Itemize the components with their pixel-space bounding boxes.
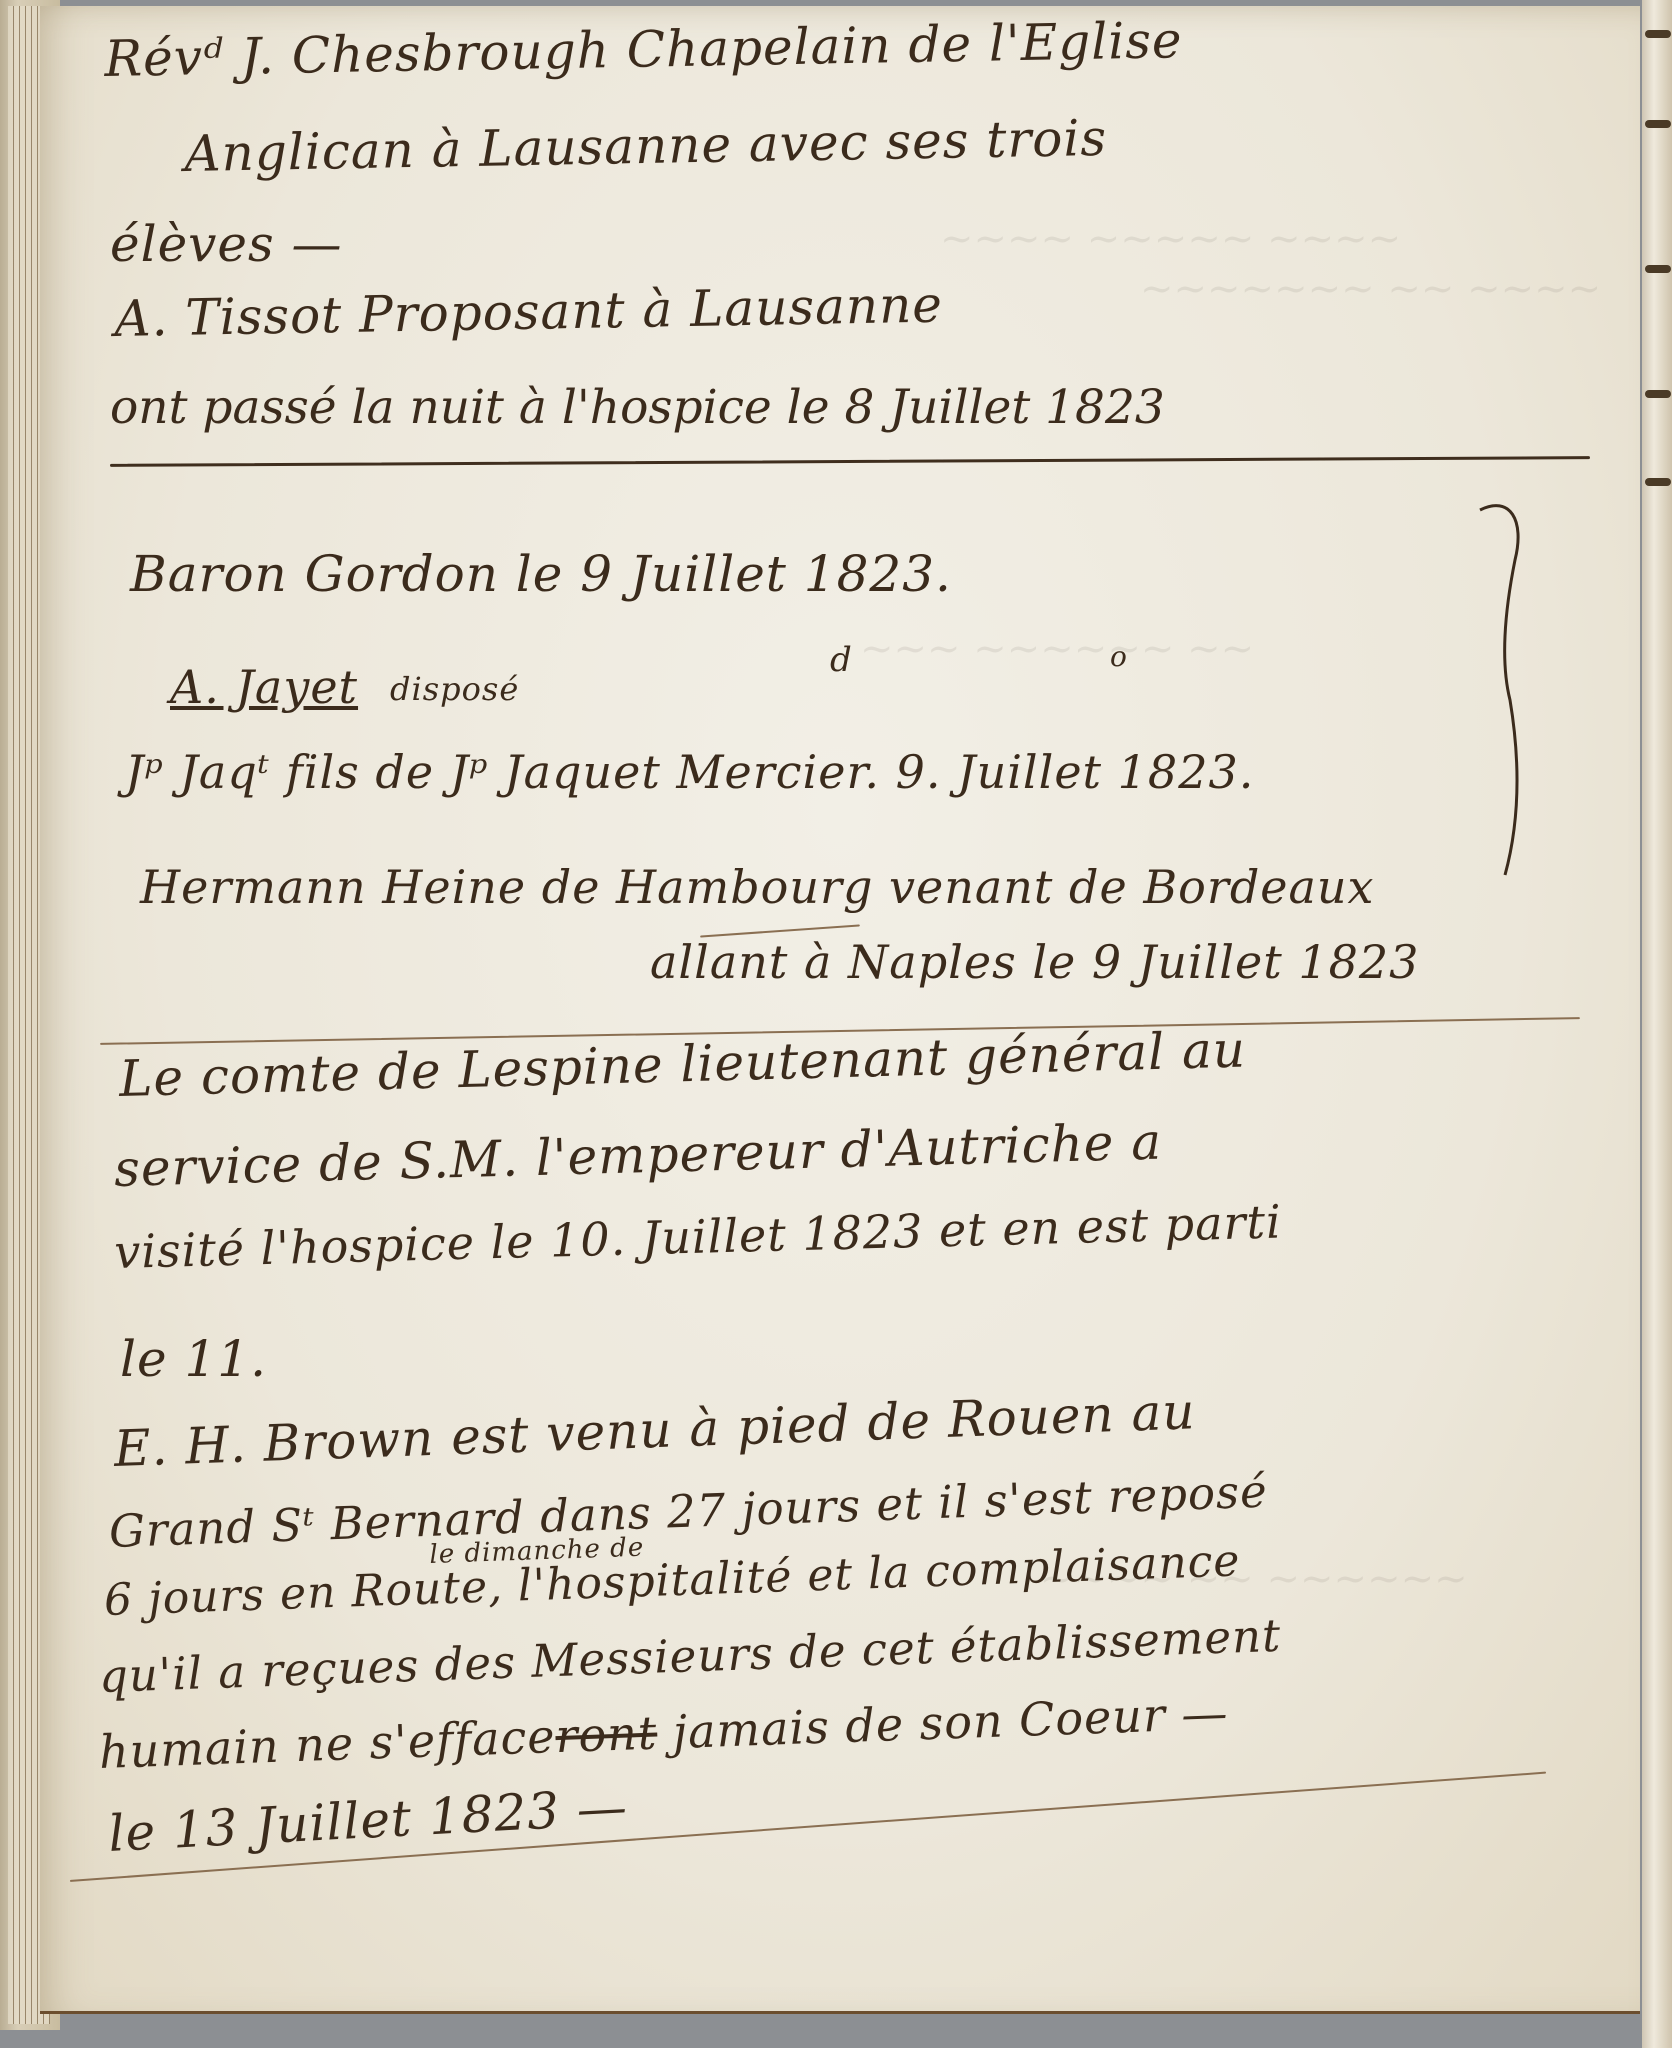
binding-stitch	[1645, 478, 1671, 486]
entry-chesbrough-line-5: ont passé la nuit à l'hospice le 8 Juill…	[110, 380, 1165, 435]
binding-stitch	[1645, 265, 1671, 273]
binding-stitch	[1645, 120, 1671, 128]
entry-jayet-superscript-d: d	[830, 640, 853, 680]
entry-jayet-name: A. Jayet	[170, 660, 358, 714]
entry-heine-line-1: Hermann Heine de Hambourg venant de Bord…	[140, 860, 1374, 914]
book-binding-right	[1642, 0, 1672, 2048]
entry-chesbrough-line-3: élèves —	[110, 215, 343, 273]
entry-heine-line-2: allant à Naples le 9 Juillet 1823	[650, 935, 1419, 989]
entry-gordon-line-1: Baron Gordon le 9 Juillet 1823.	[130, 545, 952, 603]
entry-jayet-superscript-o: o	[1110, 640, 1128, 673]
entry-jaquet-line-1: Jᵖ Jaqᵗ fils de Jᵖ Jaquet Mercier. 9. Ju…	[125, 745, 1254, 799]
bleed-through-text: ~~~ ~~~~~~ ~~	[860, 626, 1254, 672]
bleed-through-text: ~~~~~~~ ~~ ~~~~	[1140, 266, 1601, 312]
binding-stitch	[1645, 30, 1671, 38]
bracket-brace-icon	[1470, 500, 1540, 880]
entry-jayet-note: disposé	[390, 670, 519, 708]
binding-stitch	[1645, 390, 1671, 398]
struck-through-text: ront	[555, 1706, 659, 1764]
entry-lespine-line-4: le 11.	[120, 1330, 267, 1388]
bleed-through-text: ~~~~ ~~~~~ ~~~~	[940, 216, 1401, 262]
